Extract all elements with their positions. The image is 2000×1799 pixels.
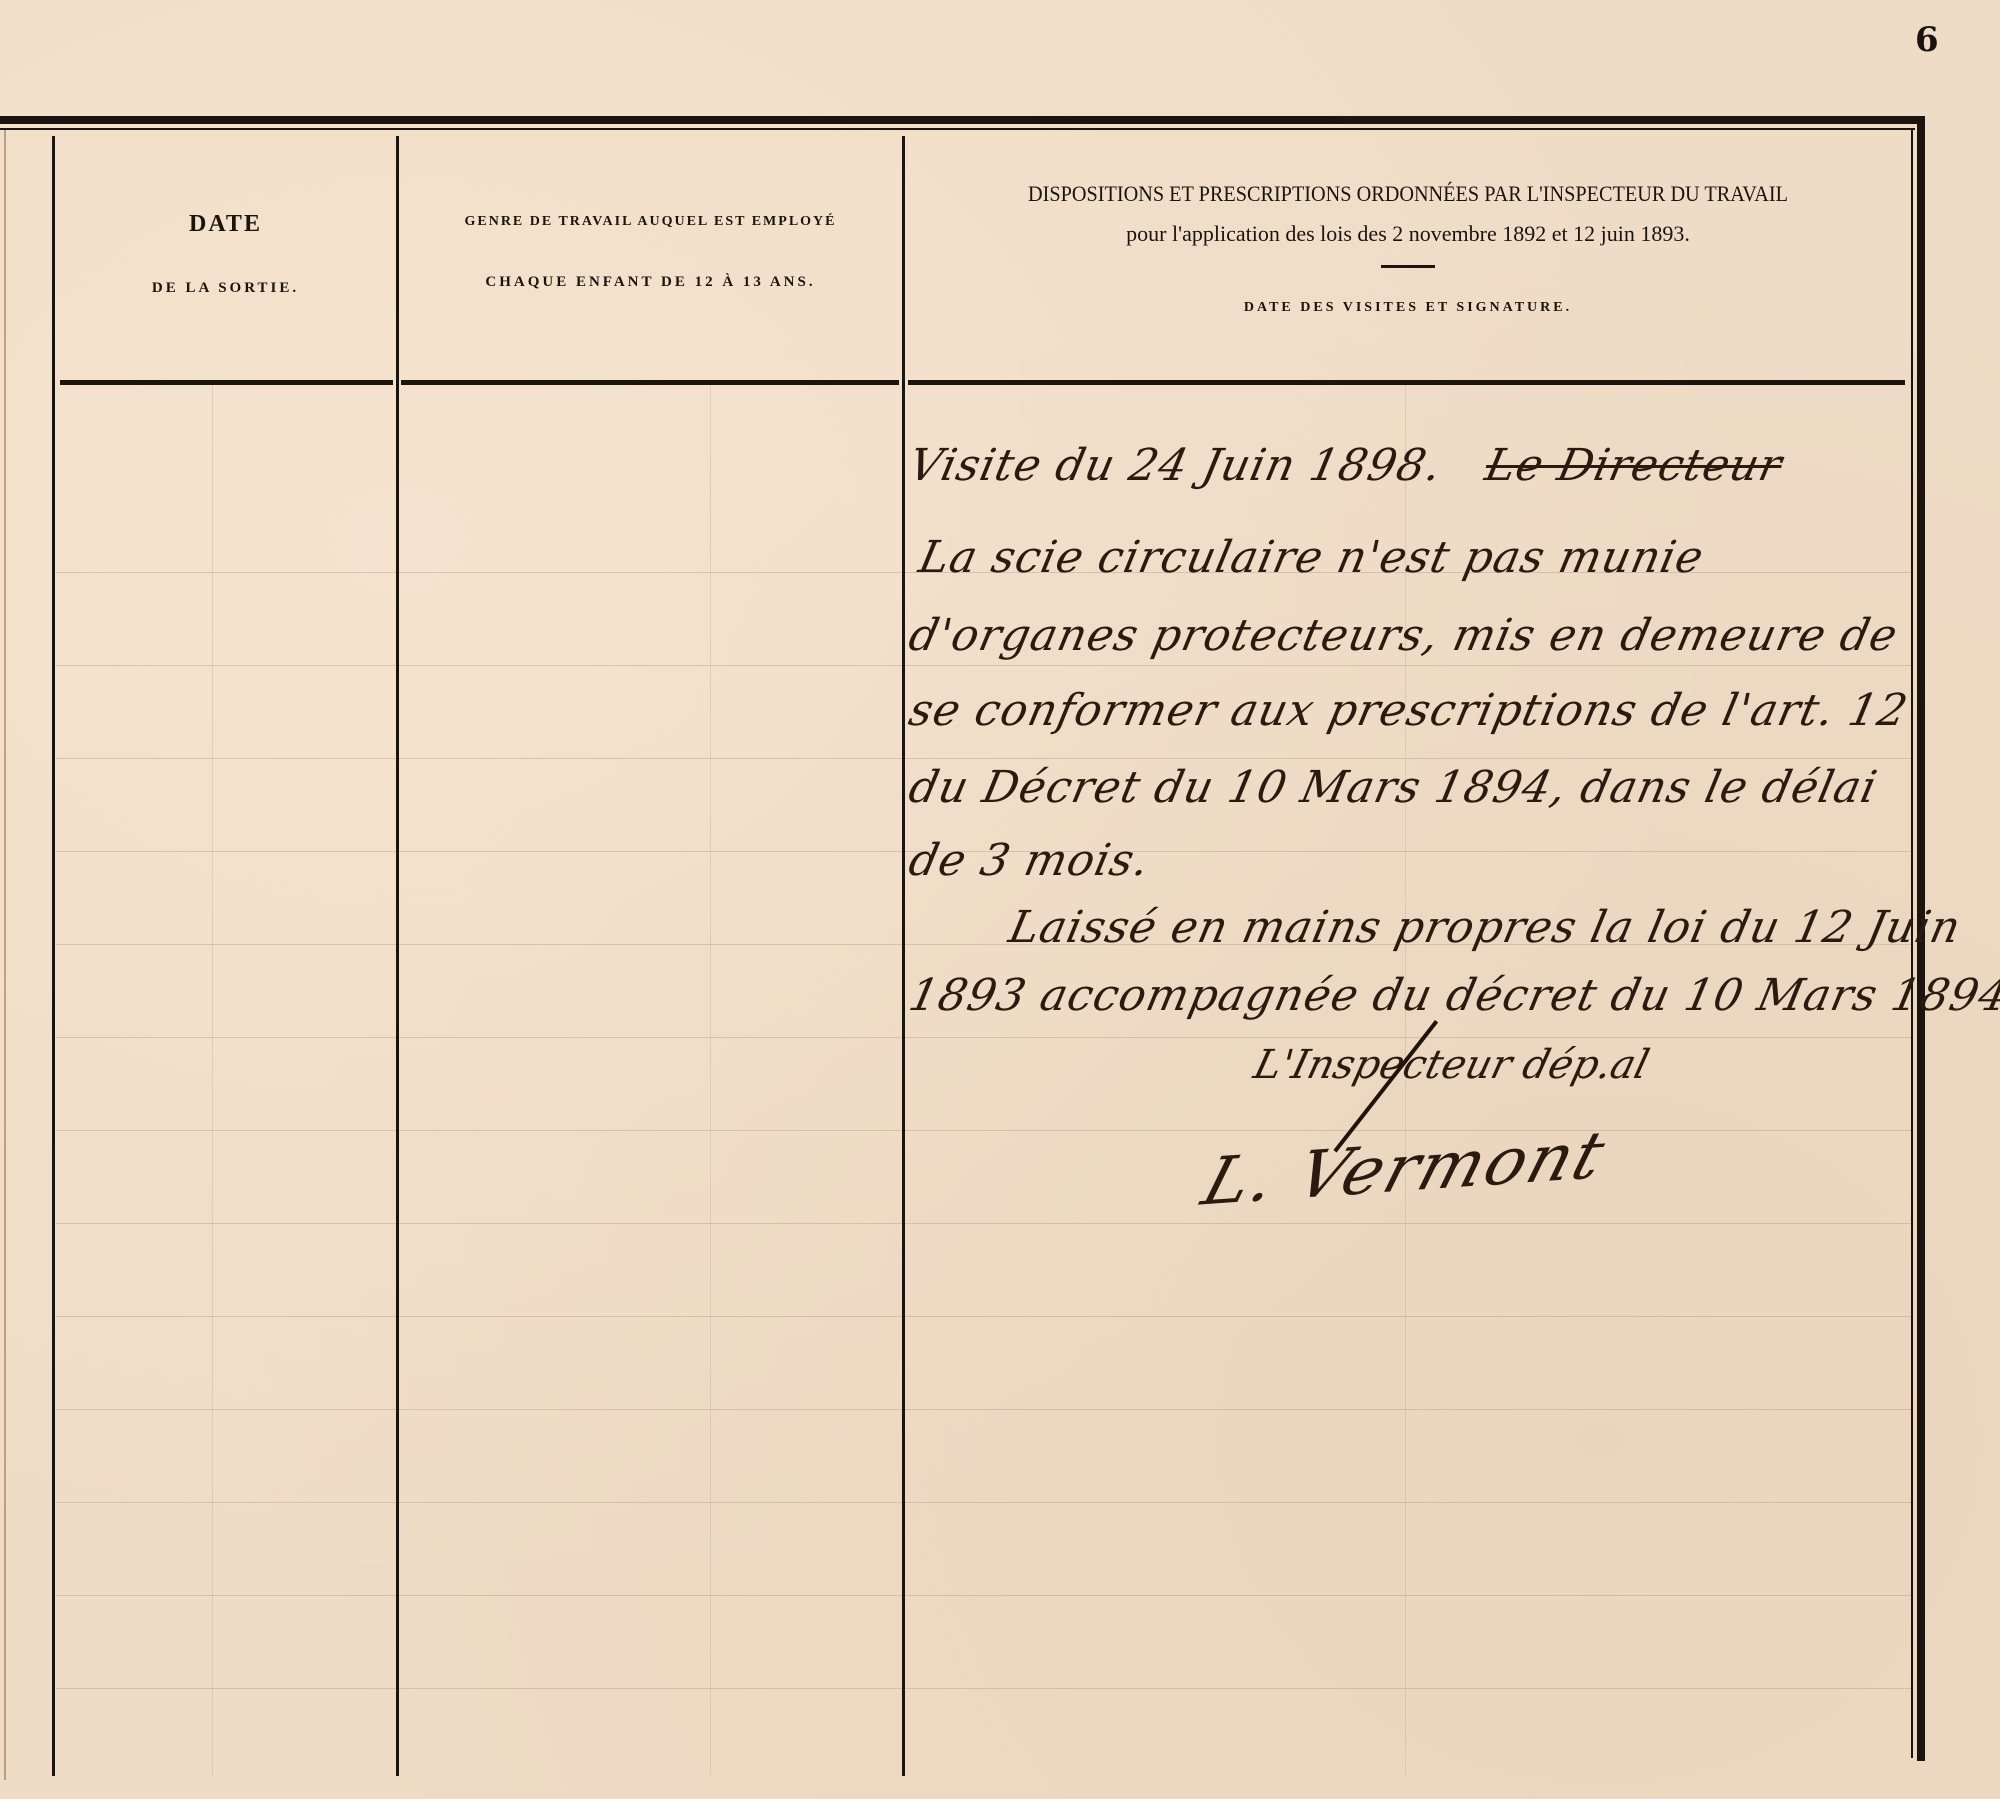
signature-title: L'Inspecteur dép.al: [1249, 1042, 1653, 1088]
page-binding-edge: [4, 130, 6, 1780]
faint-column-guide: [710, 385, 711, 1775]
entry-line: d'organes protecteurs, mis en demeure de: [905, 610, 1903, 661]
entry-line: 1893 accompagnée du décret du 10 Mars 18…: [905, 970, 2000, 1021]
date-header-subtitle: DE LA SORTIE.: [55, 280, 396, 297]
entry-heading: Visite du 24 Juin 1898. Le Directeur: [905, 440, 1787, 491]
frame-top-border: [0, 116, 1925, 124]
struck-text: Le Directeur: [1481, 440, 1787, 491]
dispositions-header-dash: [1381, 265, 1435, 268]
entry-line: se conformer aux prescriptions de l'art.…: [905, 685, 1913, 736]
column-rule-margin: [52, 136, 55, 1776]
column-header-date: DATE DE LA SORTIE.: [55, 136, 396, 380]
column-rule-date: [396, 136, 399, 1776]
page-number: 6: [1915, 20, 1939, 60]
header-rule-date: [60, 380, 393, 385]
dispositions-header-title: DISPOSITIONS ET PRESCRIPTIONS ORDONNÉES …: [945, 181, 1871, 207]
entry-line: de 3 mois.: [905, 835, 1155, 886]
genre-header-line2: CHAQUE ENFANT DE 12 À 13 ANS.: [399, 274, 902, 291]
entry-line: Laissé en mains propres la loi du 12 Jui…: [1005, 902, 1966, 953]
dispositions-header-subtitle: pour l'application des lois des 2 novemb…: [905, 221, 1911, 247]
visit-date: Visite du 24 Juin 1898.: [905, 440, 1447, 491]
genre-header-line1: GENRE DE TRAVAIL AUQUEL EST EMPLOYÉ: [399, 214, 902, 230]
header-rule-dispositions: [908, 380, 1905, 385]
frame-top-inner-border: [0, 128, 1915, 130]
column-header-dispositions: DISPOSITIONS ET PRESCRIPTIONS ORDONNÉES …: [905, 136, 1911, 380]
column-header-genre: GENRE DE TRAVAIL AUQUEL EST EMPLOYÉ CHAQ…: [399, 136, 902, 380]
date-header-title: DATE: [55, 211, 396, 238]
entry-line: du Décret du 10 Mars 1894, dans le délai: [905, 762, 1882, 813]
dispositions-header-visits: DATE DES VISITES ET SIGNATURE.: [905, 300, 1911, 316]
ruled-lines: [56, 480, 1911, 1780]
header-rule-genre: [401, 380, 899, 385]
entry-line: La scie circulaire n'est pas munie: [915, 532, 1709, 583]
faint-column-guide: [212, 385, 213, 1775]
column-rule-genre: [902, 136, 905, 1776]
